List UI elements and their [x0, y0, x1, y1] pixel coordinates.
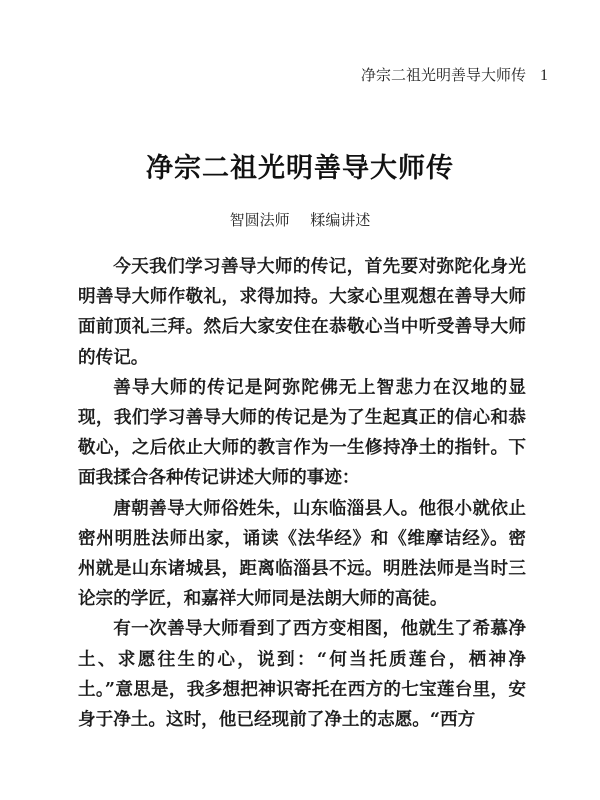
body-text: 今天我们学习善导大师的传记，首先要对弥陀化身光明善导大师作敬礼，求得加持。大家心…: [78, 252, 526, 735]
paragraph: 唐朝善导大师俗姓朱，山东临淄县人。他很小就依止密州明胜法师出家，诵读《法华经》和…: [78, 494, 526, 615]
running-head-title: 净宗二祖光明善导大师传: [361, 64, 526, 85]
author: 智圆法师: [230, 211, 290, 229]
page-number: 1: [540, 67, 548, 85]
author-role: 糅编讲述: [310, 211, 370, 229]
paragraph: 有一次善导大师看到了西方变相图，他就生了希慕净土、求愿往生的心，说到：“何当托质…: [78, 614, 526, 735]
running-head: 净宗二祖光明善导大师传 1: [361, 64, 548, 85]
byline: 智圆法师 糅编讲述: [0, 209, 600, 230]
paragraph: 善导大师的传记是阿弥陀佛无上智悲力在汉地的显现，我们学习善导大师的传记是为了生起…: [78, 373, 526, 494]
paragraph: 今天我们学习善导大师的传记，首先要对弥陀化身光明善导大师作敬礼，求得加持。大家心…: [78, 252, 526, 373]
chapter-title: 净宗二祖光明善导大师传: [0, 146, 600, 185]
